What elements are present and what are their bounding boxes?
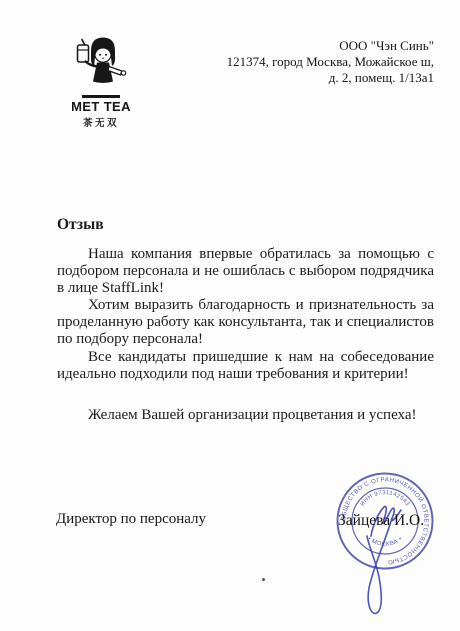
- company-details: ООО "Чэн Синь" 121374, город Москва, Мож…: [227, 38, 434, 85]
- company-address-line1: 121374, город Москва, Можайское ш,: [227, 54, 434, 70]
- girl-with-bubble-tea-icon: [69, 36, 133, 94]
- signer-name: Зайцева И.О.: [338, 512, 424, 530]
- paragraph-2: Хотим выразить благодарность и признател…: [57, 297, 434, 347]
- brand-underline: [82, 95, 120, 98]
- brand-chinese-name: 茶无双: [60, 115, 142, 129]
- letter-title: Отзыв: [57, 216, 434, 234]
- letter-body: Отзыв Наша компания впервые обратилась з…: [57, 216, 434, 425]
- signer-position: Директор по персоналу: [56, 511, 206, 528]
- scan-artifact-dot: [262, 578, 265, 581]
- stamp-area: ОБЩЕСТВО С ОГРАНИЧЕННОЙ ОТВЕТСТВЕННОСТЬЮ…: [334, 462, 440, 630]
- company-address-line2: д. 2, помещ. 1/13а1: [227, 70, 434, 86]
- paragraph-3: Все кандидаты пришедшие к нам на собесед…: [57, 349, 434, 383]
- closing-line: Желаем Вашей организации процветания и у…: [57, 407, 434, 424]
- brand-logo: MET TEA 茶无双: [60, 36, 142, 129]
- paragraph-1: Наша компания впервые обратилась за помо…: [57, 246, 434, 296]
- brand-name: MET TEA: [60, 99, 142, 114]
- company-name: ООО "Чэн Синь": [227, 38, 434, 54]
- letter-page: MET TEA 茶无双 ООО "Чэн Синь" 121374, город…: [0, 0, 460, 631]
- company-stamp: ОБЩЕСТВО С ОГРАНИЧЕННОЙ ОТВЕТСТВЕННОСТЬЮ…: [334, 462, 440, 630]
